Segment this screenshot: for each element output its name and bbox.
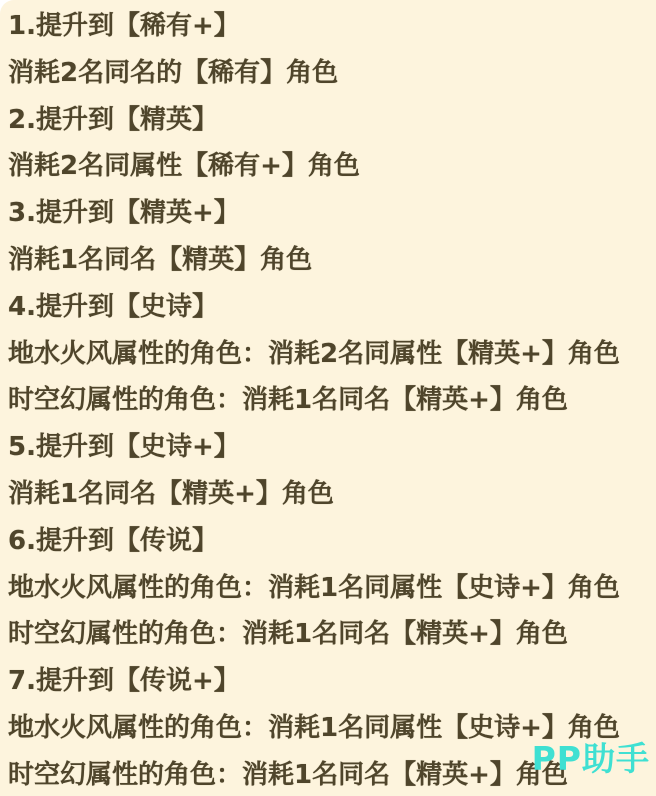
guide-line: 7.提升到【传说+】 xyxy=(0,655,656,702)
guide-panel: 1.提升到【稀有+】消耗2名同名的【稀有】角色2.提升到【精英】消耗2名同属性【… xyxy=(0,0,656,796)
guide-line: 消耗2名同属性【稀有+】角色 xyxy=(0,140,656,187)
guide-line: 5.提升到【史诗+】 xyxy=(0,421,656,468)
guide-line: 1.提升到【稀有+】 xyxy=(0,0,656,47)
guide-line: 3.提升到【精英+】 xyxy=(0,187,656,234)
guide-line: 消耗2名同名的【稀有】角色 xyxy=(0,47,656,94)
guide-line: 2.提升到【精英】 xyxy=(0,94,656,141)
guide-line: 地水火风属性的角色：消耗2名同属性【精英+】角色 xyxy=(0,328,656,375)
guide-line: 时空幻属性的角色：消耗1名同名【精英+】角色 xyxy=(0,749,656,796)
page: { "colors": { "page-bg": "#ffffff", "pan… xyxy=(0,0,656,796)
guide-line: 消耗1名同名【精英】角色 xyxy=(0,234,656,281)
guide-line: 地水火风属性的角色：消耗1名同属性【史诗+】角色 xyxy=(0,702,656,749)
guide-line: 时空幻属性的角色：消耗1名同名【精英+】角色 xyxy=(0,375,656,422)
guide-line: 时空幻属性的角色：消耗1名同名【精英+】角色 xyxy=(0,609,656,656)
guide-line: 消耗1名同名【精英+】角色 xyxy=(0,468,656,515)
guide-text: 1.提升到【稀有+】消耗2名同名的【稀有】角色2.提升到【精英】消耗2名同属性【… xyxy=(0,0,656,796)
guide-line: 6.提升到【传说】 xyxy=(0,515,656,562)
guide-line: 地水火风属性的角色：消耗1名同属性【史诗+】角色 xyxy=(0,562,656,609)
guide-line: 4.提升到【史诗】 xyxy=(0,281,656,328)
